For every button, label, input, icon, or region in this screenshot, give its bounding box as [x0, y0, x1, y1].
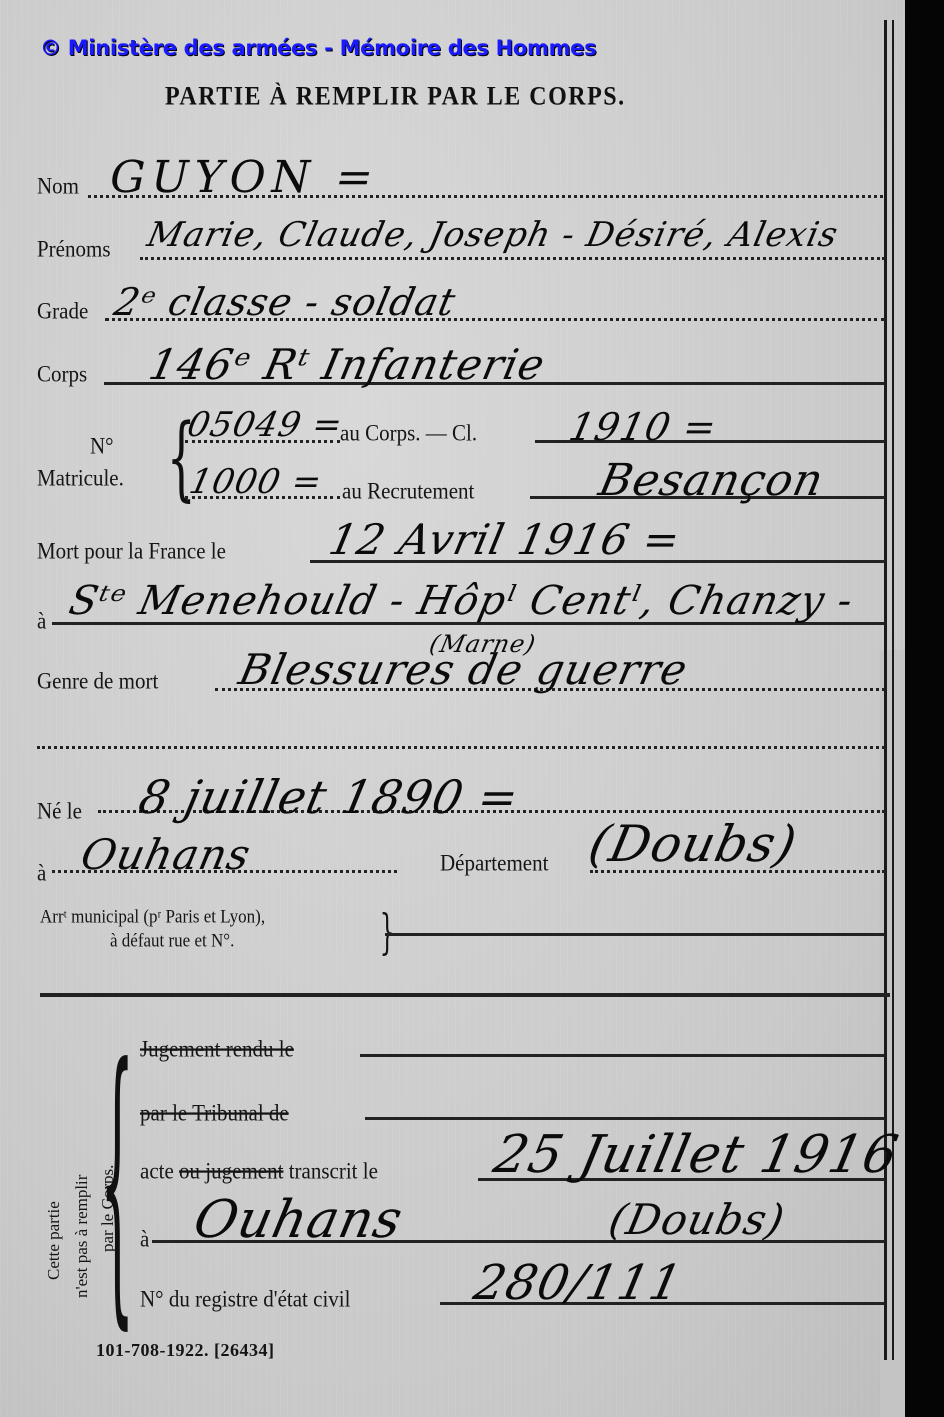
line-prenoms [140, 257, 885, 260]
value-classe: 1910 = [565, 405, 721, 449]
label-jugement-rendu: Jugement rendu le [140, 1035, 294, 1063]
label-matricule: Matricule. [37, 464, 124, 492]
label-nom: Nom [37, 172, 79, 200]
value-genre-de-mort: Blessures de guerre [235, 645, 692, 694]
label-prenoms: Prénoms [37, 235, 111, 263]
copyright-watermark: © Ministère des armées - Mémoire des Hom… [40, 36, 596, 60]
label-genre-de-mort: Genre de mort [37, 667, 158, 695]
scan-border [905, 0, 944, 1417]
value-matricule-recrutement: 1000 = [186, 462, 326, 502]
label-au-recrutement: au Recrutement [342, 477, 474, 505]
form-title: PARTIE À REMPLIR PAR LE CORPS. [165, 83, 626, 113]
label-mort-pour-la-france: Mort pour la France le [37, 537, 226, 565]
value-dept-transcription: (Doubs) [605, 1195, 790, 1244]
label-no: N° [90, 432, 114, 460]
label-a-naissance: à [37, 859, 46, 887]
value-date-transcription: 25 Juillet 1916 [489, 1125, 904, 1185]
value-lieu-transcription: Ouhans [189, 1190, 409, 1250]
side-note-line-2: n'est pas à remplir [72, 1175, 92, 1298]
value-recrutement: Besançon [595, 455, 829, 506]
transcrit-le-text: transcrit le [289, 1157, 378, 1184]
line-arr-municipal [385, 933, 885, 936]
value-no-registre: 280/111 [469, 1255, 687, 1311]
label-ne-le: Né le [37, 797, 82, 825]
line-blank [37, 746, 885, 749]
value-lieu-deces: Sᵗᵉ Menehould - Hôpˡ Centˡ, Chanzy - [65, 578, 857, 624]
label-a-defaut-rue: à défaut rue et N°. [110, 930, 234, 952]
line-tribunal [365, 1117, 885, 1120]
label-a-deces: à [37, 607, 46, 635]
label-corps: Corps [37, 360, 87, 388]
label-no-registre: N° du registre d'état civil [140, 1285, 350, 1313]
line-jugement [360, 1054, 885, 1057]
label-departement: Département [440, 849, 548, 877]
value-lieu-naissance: Ouhans [77, 830, 256, 879]
label-par-le-tribunal: par le Tribunal de [140, 1099, 289, 1127]
label-grade: Grade [37, 297, 88, 325]
value-corps: 146ᵉ Rᵗ Infanterie [145, 340, 550, 389]
value-nom: GUYON = [105, 152, 385, 203]
section-divider [40, 993, 890, 997]
value-date-deces: 12 Avril 1916 = [325, 515, 685, 564]
value-departement: (Doubs) [584, 815, 802, 873]
form-reference: 101-708-1922. [26434] [96, 1340, 274, 1361]
label-au-corps: au Corps. — Cl. [340, 419, 477, 447]
acte-text: acte [140, 1157, 174, 1184]
side-note-line-1: Cette partie [44, 1201, 64, 1280]
value-matricule-corps: 05049 = [184, 405, 347, 445]
value-date-naissance: 8 juillet 1890 = [134, 770, 524, 824]
arr-brace: } [380, 908, 395, 956]
ou-jugement-text: ou jugement [179, 1157, 283, 1184]
value-prenoms: Marie, Claude, Joseph - Désiré, Alexis [144, 215, 842, 255]
label-acte: acte ou jugement transcrit le [140, 1157, 378, 1185]
value-grade: 2ᵉ classe - soldat [110, 280, 460, 324]
lower-brace: { [100, 1030, 134, 1330]
label-arr-municipal: Arrᵗ municipal (pʳ Paris et Lyon), [40, 906, 265, 928]
label-a-transcription: à [140, 1225, 149, 1253]
